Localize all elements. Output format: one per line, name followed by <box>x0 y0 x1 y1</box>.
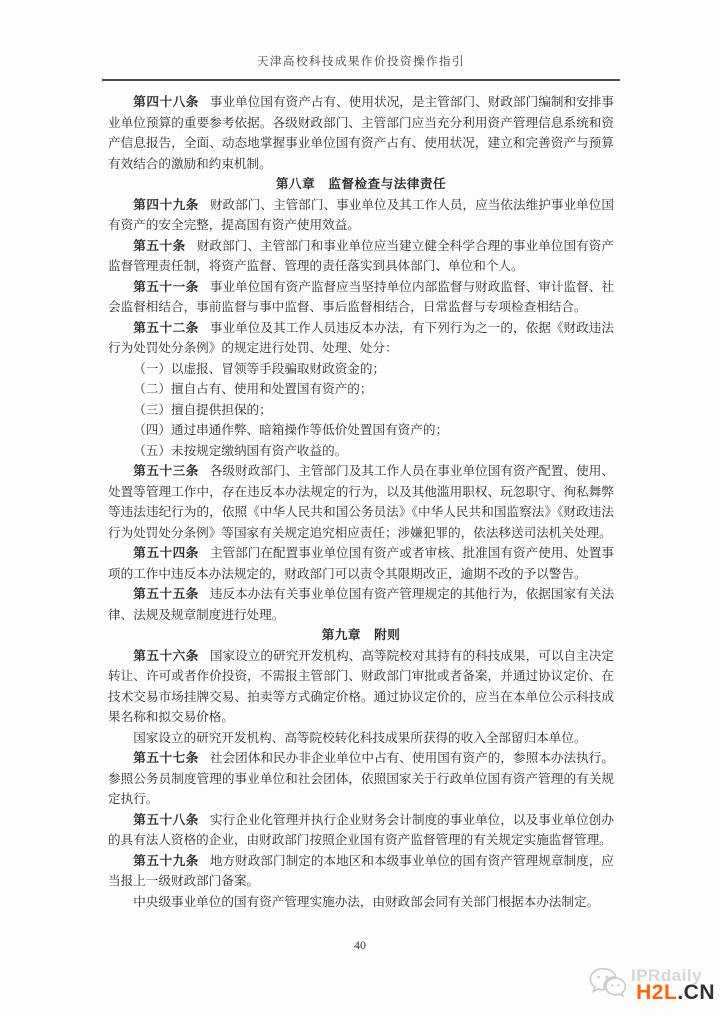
article-52-number: 第五十二条 <box>133 321 199 335</box>
article-52-item-4: （四）通过串通作弊、暗箱操作等低价处置国有资产的； <box>108 420 614 441</box>
article-54-number: 第五十四条 <box>133 546 199 560</box>
article-54: 第五十四条主管部门在配置事业单位国有资产或者审核、批准国有资产使用、处置事项的工… <box>108 543 614 584</box>
article-59-number: 第五十九条 <box>133 854 199 868</box>
article-49-number: 第四十九条 <box>133 198 199 212</box>
article-52-item-1: （一）以虚报、冒领等手段骗取财政资金的； <box>108 359 614 380</box>
brand-watermark-name: H2L <box>636 981 677 1004</box>
article-51: 第五十一条事业单位国有资产监督应当坚持单位内部监督与财政监督、审计监督、社会监督… <box>108 277 614 318</box>
article-57: 第五十七条社会团体和民办非企业单位中占有、使用国有资产的，参照本办法执行。参照公… <box>108 748 614 810</box>
article-55: 第五十五条违反本办法有关事业单位国有资产管理规定的其他行为，依据国家有关法律、法… <box>108 584 614 625</box>
article-59: 第五十九条地方财政部门制定的本地区和本级事业单位的国有资产管理规章制度，应当报上… <box>108 851 614 892</box>
wechat-icon <box>587 964 627 1005</box>
article-53: 第五十三条各级财政部门、主管部门及其工作人员在事业单位国有资产配置、使用、处置等… <box>108 461 614 543</box>
article-55-number: 第五十五条 <box>133 587 199 601</box>
document-content: 天津高校科技成果作价投资操作指引 第四十八条事业单位国有资产占有、使用状况，是主… <box>108 54 614 912</box>
article-57-number: 第五十七条 <box>133 751 199 765</box>
article-58-number: 第五十八条 <box>133 813 199 827</box>
article-50: 第五十条财政部门、主管部门和事业单位应当建立健全科学合理的事业单位国有资产监督管… <box>108 236 614 277</box>
article-53-number: 第五十三条 <box>133 464 199 478</box>
article-56: 第五十六条国家设立的研究开发机构、高等院校对其持有的科技成果，可以自主决定转让、… <box>108 646 614 728</box>
article-52-item-5: （五）未按规定缴纳国有资产收益的。 <box>108 441 614 462</box>
article-48: 第四十八条事业单位国有资产占有、使用状况，是主管部门、财政部门编制和安排事业单位… <box>108 92 614 174</box>
page-number: 40 <box>0 938 720 953</box>
chapter-8-heading: 第八章 监督检查与法律责任 <box>108 174 614 195</box>
brand-watermark-suffix: .CN <box>677 981 715 1004</box>
article-52-item-3: （三）擅自提供担保的； <box>108 400 614 421</box>
header-divider <box>102 79 620 81</box>
site-watermark: IPRdaily H2L.CN <box>587 962 717 1004</box>
article-56-number: 第五十六条 <box>133 649 199 663</box>
article-48-number: 第四十八条 <box>133 95 199 109</box>
document-body: 第四十八条事业单位国有资产占有、使用状况，是主管部门、财政部门编制和安排事业单位… <box>108 92 614 912</box>
article-58: 第五十八条实行企业化管理并执行企业财务会计制度的事业单位，以及事业单位创办的具有… <box>108 810 614 851</box>
document-page: 天津高校科技成果作价投资操作指引 第四十八条事业单位国有资产占有、使用状况，是主… <box>0 0 720 1018</box>
brand-watermark: H2L.CN <box>636 982 715 1004</box>
chapter-9-heading: 第九章 附则 <box>108 625 614 646</box>
article-50-number: 第五十条 <box>133 239 186 253</box>
article-52-item-2: （二）擅自占有、使用和处置国有资产的； <box>108 379 614 400</box>
page-header-title: 天津高校科技成果作价投资操作指引 <box>108 54 614 70</box>
article-49: 第四十九条财政部门、主管部门、事业单位及其工作人员，应当依法维护事业单位国有资产… <box>108 195 614 236</box>
article-51-number: 第五十一条 <box>133 280 199 294</box>
article-59-paragraph-2: 中央级事业单位的国有资产管理实施办法，由财政部会同有关部门根据本办法制定。 <box>108 892 614 913</box>
article-56-paragraph-2: 国家设立的研究开发机构、高等院校转化科技成果所获得的收入全部留归本单位。 <box>108 728 614 749</box>
article-52: 第五十二条事业单位及其工作人员违反本办法，有下列行为之一的，依据《财政违法行为处… <box>108 318 614 359</box>
